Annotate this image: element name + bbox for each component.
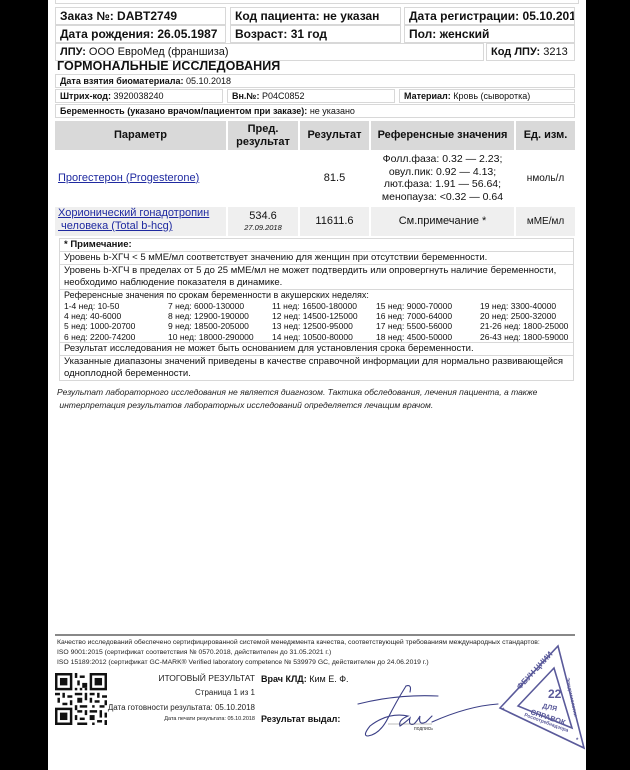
hcg-previous-result: 534.6 27.09.2018 <box>228 207 298 236</box>
order-number-field: Заказ №: DABT2749 <box>55 7 226 25</box>
age-label: Возраст: <box>235 27 287 41</box>
hcg-reference: См.примечание * <box>371 207 514 236</box>
weeks-table: Референсные значения по срокам беременно… <box>60 290 573 343</box>
week-range: 1-4 нед: 10-50 <box>64 301 168 311</box>
signature-caption: подпись <box>414 726 433 732</box>
biomaterial-date-value: 05.10.2018 <box>186 76 231 86</box>
ready-date: Дата готовности результата: 05.10.2018 <box>88 703 255 712</box>
registration-date-field: Дата регистрации: 05.10.2018 <box>404 7 575 25</box>
note-line-4b: одноплодной беременности. <box>64 368 569 380</box>
material-label: Материал: <box>404 91 451 101</box>
week-range: 17 нед: 5500-56000 <box>376 321 480 331</box>
header-result: Результат <box>300 121 369 150</box>
page-number: Страница 1 из 1 <box>114 688 255 697</box>
lpu-code-value: 3213 <box>543 46 567 58</box>
progesterone-unit: нмоль/л <box>516 152 575 204</box>
header-unit: Ед. изм. <box>516 121 575 150</box>
week-range: 26-43 нед: 1800-59000 <box>480 332 580 342</box>
lpu-code-field: Код ЛПУ: 3213 <box>486 43 575 61</box>
patient-code-field: Код пациента: не указан <box>230 7 401 25</box>
disclaimer: Результат лабораторного исследования не … <box>57 386 577 412</box>
cert-line-1: Качество исследований обеспечено сертифи… <box>57 638 540 648</box>
doctor-name: Ким Е. Ф. <box>309 674 348 684</box>
hcg-previous-date: 27.09.2018 <box>244 223 282 233</box>
note-line-1: Уровень b-ХГЧ < 5 мМЕ/мл соответствует з… <box>60 252 573 265</box>
reference-line: овул.пик: 0.92 — 4.13; <box>389 166 496 179</box>
hcg-result: 11611.6 <box>300 207 369 236</box>
cert-line-3: ISO 15189:2012 (сертификат GC-MARK® Veri… <box>57 658 540 668</box>
cert-line-2: ISO 9001:2015 (сертификат соответствия №… <box>57 648 540 658</box>
material-value: Кровь (сыворотка) <box>453 91 530 101</box>
issued-by-text: Результат выдал: <box>261 714 340 724</box>
lpu-label: ЛПУ: <box>60 46 86 58</box>
note-line-4a: Указанные диапазоны значений приведены в… <box>64 356 569 368</box>
age-value: 31 год <box>291 27 327 41</box>
week-range: 13 нед: 12500-95000 <box>272 321 376 331</box>
order-value: DABT2749 <box>117 9 177 23</box>
week-range: 14 нед: 10500-80000 <box>272 332 376 342</box>
barcode-field: Штрих-код: 3920038240 <box>55 89 223 103</box>
internal-number-label: Вн.№: <box>232 91 259 101</box>
stamp-icon: ФБУН ЦНИИ Эпидемиологии Роспотребнадзора… <box>496 644 588 754</box>
hcg-unit: мМЕ/мл <box>516 207 575 236</box>
week-range: 21-26 нед: 1800-25000 <box>480 321 580 331</box>
week-range: 6 нед: 2200-74200 <box>64 332 168 342</box>
order-label: Заказ №: <box>60 9 114 23</box>
sex-value: женский <box>440 27 490 41</box>
birth-date-value: 26.05.1987 <box>157 27 217 41</box>
birth-date-field: Дата рождения: 26.05.1987 <box>55 25 226 43</box>
note-line-2: Уровень b-ХГЧ в пределах от 5 до 25 мМЕ/… <box>60 265 573 290</box>
progesterone-reference: Фолл.фаза: 0.32 — 2.23; овул.пик: 0.92 —… <box>371 152 514 204</box>
week-range: 16 нед: 7000-64000 <box>376 311 480 321</box>
patient-code-value: не указан <box>323 9 379 23</box>
sex-field: Пол: женский <box>404 25 575 43</box>
section-title: ГОРМОНАЛЬНЫЕ ИССЛЕДОВАНИЯ <box>57 59 280 73</box>
week-range: 10 нед: 18000-290000 <box>168 332 272 342</box>
lab-report-page: Заказ №: DABT2749 Код пациента: не указа… <box>48 0 586 770</box>
registration-date-label: Дата регистрации: <box>409 9 519 23</box>
note-title: * Примечание: <box>60 239 573 252</box>
signature-icon: подпись <box>348 682 508 742</box>
barcode-label: Штрих-код: <box>60 91 111 101</box>
week-range: 19 нед: 3300-40000 <box>480 301 580 311</box>
header-parameter: Параметр <box>55 121 226 150</box>
header-reference-values: Референсные значения <box>371 121 514 150</box>
stamp-number: 22 <box>548 687 562 701</box>
week-range: 20 нед: 2500-32000 <box>480 311 580 321</box>
week-range: 4 нед: 40-6000 <box>64 311 168 321</box>
lpu-code-label: Код ЛПУ: <box>491 46 540 58</box>
note-line-2b: необходимо наблюдение показателя в динам… <box>64 277 569 289</box>
week-range: 15 нед: 9000-70000 <box>376 301 480 311</box>
week-range: 9 нед: 18500-205000 <box>168 321 272 331</box>
weeks-title: Референсные значения по срокам беременно… <box>60 290 573 301</box>
disclaimer-line-2: интерпретация результатов лабораторных и… <box>57 399 577 412</box>
material-field: Материал: Кровь (сыворотка) <box>399 89 575 103</box>
reference-line: менопауза: <0.32 — 0.64 <box>382 191 503 204</box>
hcg-previous-value: 534.6 <box>249 210 277 223</box>
footer-divider <box>55 634 575 636</box>
print-date: Дата печати результата: 05.10.2018 <box>88 716 255 722</box>
hcg-link-line1[interactable]: Хорионический гонадотропин <box>58 207 209 220</box>
reference-line: лют.фаза: 1.91 — 56.64; <box>384 178 501 191</box>
pregnancy-field: Беременность (указано врачом/пациентом п… <box>55 104 575 118</box>
progesterone-result: 81.5 <box>300 152 369 204</box>
birth-date-label: Дата рождения: <box>60 27 154 41</box>
table-row-progesterone-parameter[interactable]: Прогестерон (Progesterone) <box>55 152 226 204</box>
week-range: 11 нед: 16500-180000 <box>272 301 376 311</box>
certification-info: Качество исследований обеспечено сертифи… <box>57 638 540 668</box>
final-result-label: ИТОГОВЫЙ РЕЗУЛЬТАТ <box>114 673 255 683</box>
note-block: * Примечание: Уровень b-ХГЧ < 5 мМЕ/мл с… <box>59 238 574 381</box>
internal-number-field: Вн.№: P04C0852 <box>227 89 395 103</box>
doctor-label: Врач КЛД: <box>261 674 307 684</box>
registration-date-value: 05.10.2018 <box>523 9 575 23</box>
sex-label: Пол: <box>409 27 436 41</box>
note-line-3: Результат исследования не может быть осн… <box>60 343 573 356</box>
stamp-outer-text: ФБУН ЦНИИ <box>515 650 555 692</box>
week-range: 5 нед: 1000-20700 <box>64 321 168 331</box>
patient-name-strip <box>55 0 579 4</box>
note-line-2a: Уровень b-ХГЧ в пределах от 5 до 25 мМЕ/… <box>64 265 569 277</box>
doctor-field: Врач КЛД: Ким Е. Ф. <box>261 674 349 684</box>
biomaterial-date-label: Дата взятия биоматериала: <box>60 76 183 86</box>
week-range: 18 нед: 4500-50000 <box>376 332 480 342</box>
table-row-hcg-parameter[interactable]: Хорионический гонадотропин человека (Tot… <box>55 207 226 236</box>
weeks-grid: 1-4 нед: 10-50 7 нед: 6000-130000 11 нед… <box>60 301 573 342</box>
reference-line: Фолл.фаза: 0.32 — 2.23; <box>383 153 503 166</box>
age-field: Возраст: 31 год <box>230 25 401 43</box>
progesterone-previous-result <box>228 152 298 204</box>
internal-number-value: P04C0852 <box>262 91 305 101</box>
disclaimer-line-1: Результат лабораторного исследования не … <box>57 386 577 399</box>
hcg-link-line2[interactable]: человека (Total b-hcg) <box>58 220 172 233</box>
pregnancy-value: не указано <box>310 106 355 116</box>
week-range: 12 нед: 14500-125000 <box>272 311 376 321</box>
note-line-4: Указанные диапазоны значений приведены в… <box>60 356 573 380</box>
lpu-value: ООО ЕвроМед (франшиза) <box>89 46 229 58</box>
issued-by-label: Результат выдал: <box>261 714 340 724</box>
header-previous-result: Пред. результат <box>228 121 298 150</box>
progesterone-link[interactable]: Прогестерон (Progesterone) <box>58 172 199 185</box>
patient-code-label: Код пациента: <box>235 9 320 23</box>
pregnancy-label: Беременность (указано врачом/пациентом п… <box>60 106 307 116</box>
svg-text:*: * <box>576 738 579 744</box>
week-range: 8 нед: 12900-190000 <box>168 311 272 321</box>
week-range: 7 нед: 6000-130000 <box>168 301 272 311</box>
barcode-value: 3920038240 <box>113 91 163 101</box>
biomaterial-date-field: Дата взятия биоматериала: 05.10.2018 <box>55 74 575 88</box>
